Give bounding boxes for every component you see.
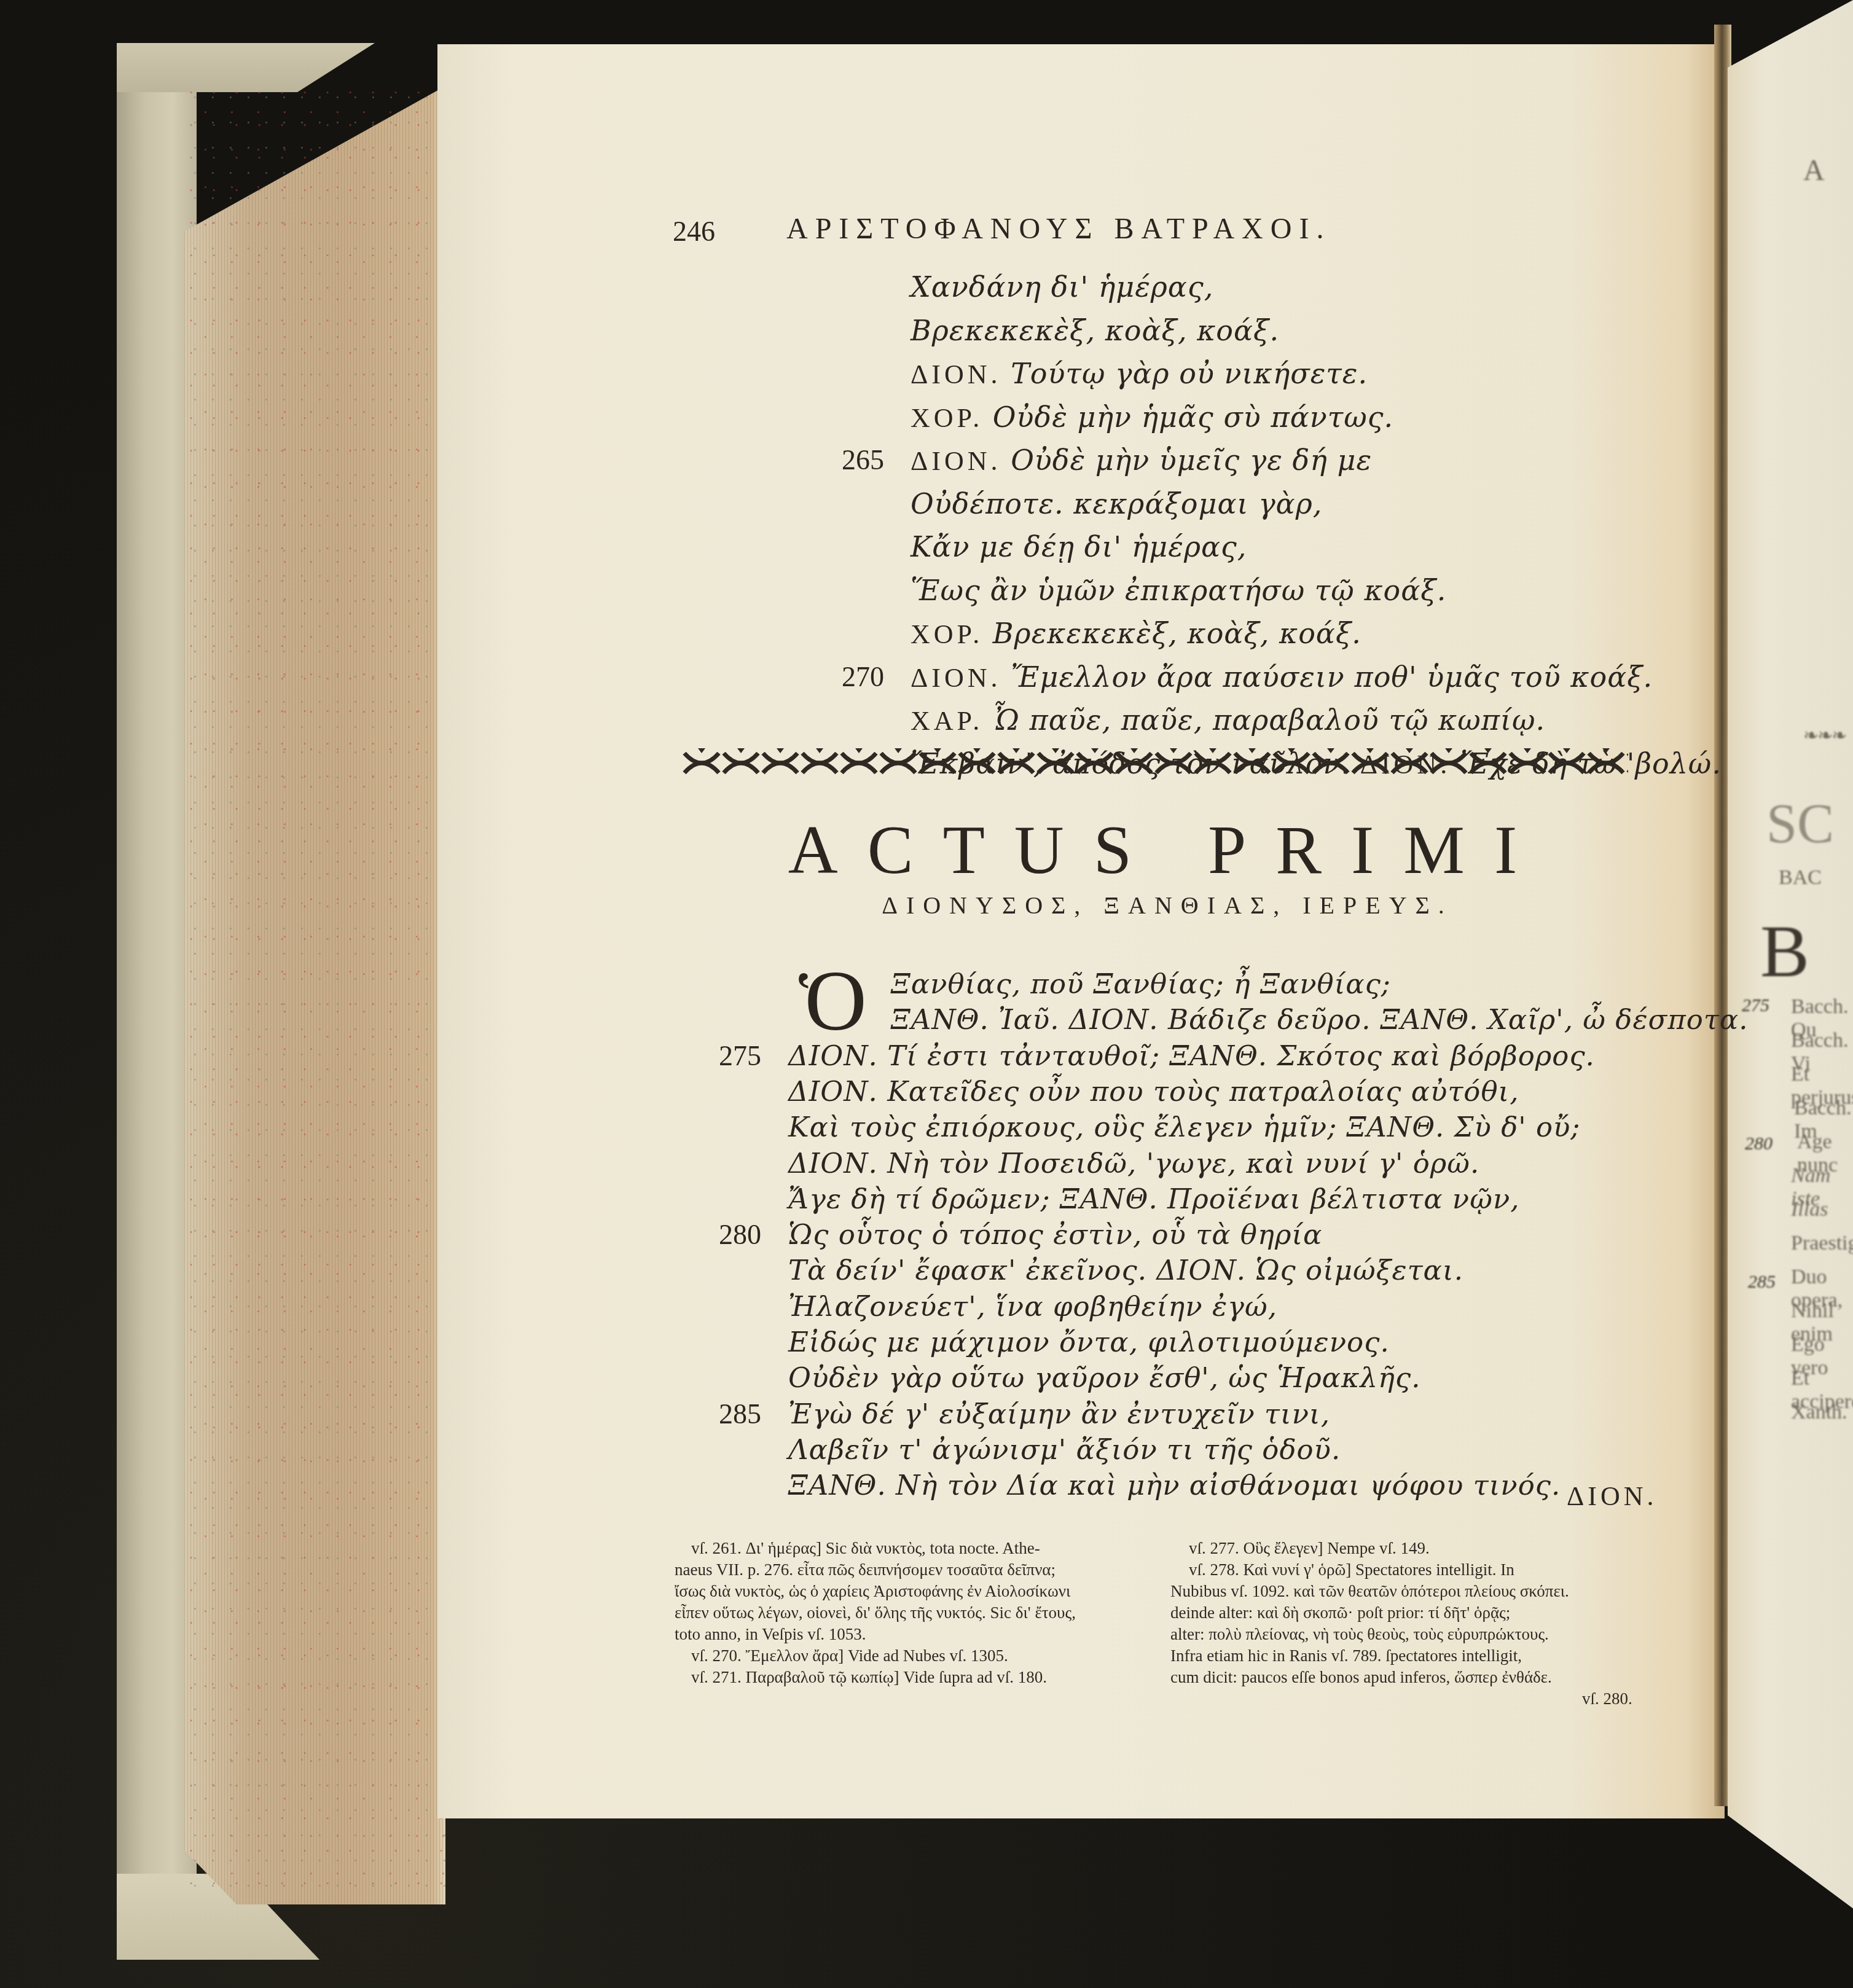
verse-line: Οὐδὲν γὰρ οὕτω γαῦρον ἔσθ', ὡς Ἡρακλῆς. <box>719 1361 1671 1398</box>
right-header-fragment: A <box>1803 154 1825 187</box>
running-head: ΑΡΙΣΤΟΦΑΝΟΥΣ ΒΑΤΡΑΧΟΙ. <box>786 212 1331 246</box>
verse-line: ΞΑΝΘ. Ἰαῦ. ΔΙΟΝ. Βάδιζε δεῦρο. ΞΑΝΘ. Χαῖ… <box>719 1003 1671 1040</box>
verse-line: ΧΑΡ. Ὦ παῦε, παῦε, παραβαλοῦ τῷ κωπίῳ. <box>842 703 1640 744</box>
verse-text: Ἕως ἂν ὑμῶν ἐπικρατήσω τῷ κοάξ. <box>911 574 1446 607</box>
speaker-label: ΧΟΡ. <box>911 619 983 649</box>
verse-text: Εἰδώς με μάχιμον ὄντα, φιλοτιμούμενος. <box>788 1326 1390 1358</box>
verse-text: Καὶ τοὺς ἐπιόρκους, οὓς ἔλεγεν ἡμῖν; ΞΑΝ… <box>788 1111 1581 1143</box>
verse-text: ΧΟΡ. Οὐδὲ μὴν ἡμᾶς σὺ πάντως. <box>911 401 1393 434</box>
verse-text: ΧΟΡ. Βρεκεκεκὲξ, κοὰξ, κοάξ. <box>911 617 1361 650</box>
right-persons-fragment: BAC <box>1779 866 1822 890</box>
line-number: 275 <box>719 1039 761 1072</box>
speaker-label: ΔΙΟΝ. <box>911 446 1001 476</box>
footnote-line: toto anno, in Veſpis vſ. 1053. <box>675 1624 866 1645</box>
verse-text: ΔΙΟΝ. Τί ἐστι τἀνταυθοῖ; ΞΑΝΘ. Σκότος κα… <box>788 1039 1595 1072</box>
verse-text: Ὡς οὗτος ὁ τόπος ἐστὶν, οὗ τὰ θηρία <box>788 1218 1322 1251</box>
verse-words: Οὐδὲ μὴν ὑμεῖς γε δή με <box>1011 444 1372 477</box>
verse-line: Ἕως ἂν ὑμῶν ἐπικρατήσω τῷ κοάξ. <box>842 574 1640 614</box>
footnote-line: alter: πολὺ πλείονας, νὴ τοὺς θεοὺς, τοὺ… <box>1170 1624 1549 1645</box>
verse-line: 275ΔΙΟΝ. Τί ἐστι τἀνταυθοῖ; ΞΑΝΘ. Σκότος… <box>719 1039 1671 1076</box>
verse-text: ΞΑΝΘ. Ἰαῦ. ΔΙΟΝ. Βάδιζε δεῦρο. ΞΑΝΘ. Χαῖ… <box>891 1003 1749 1036</box>
right-line-fragment: Praestigias <box>1791 1232 1853 1255</box>
footnote-line: εἶπεν οὕτως λέγων, οἱονεὶ, δι' ὅλης τῆς … <box>675 1602 1076 1623</box>
verse-words: Οὐδέποτε. κεκράξομαι γὰρ, <box>911 487 1322 520</box>
verse-text: ΧΑΡ. Ὦ παῦε, παῦε, παραβαλοῦ τῷ κωπίῳ. <box>911 703 1545 737</box>
line-number: 285 <box>719 1398 761 1430</box>
right-line-fragment: Illas <box>1791 1198 1828 1221</box>
verse-line: ΧΟΡ. Βρεκεκεκὲξ, κοὰξ, κοάξ. <box>842 617 1640 657</box>
verse-line: Οὐδέποτε. κεκράξομαι γὰρ, <box>842 487 1640 528</box>
right-line-fragment: Xanth. <box>1791 1401 1847 1424</box>
footnote-line: vſ. 277. Οὓς ἔλεγεν] Nempe vſ. 149. <box>1189 1538 1430 1559</box>
footnote-line: vſ. 278. Καὶ νυνί γ' ὁρῶ] Spectatores in… <box>1189 1559 1514 1580</box>
right-line-number: 280 <box>1745 1133 1773 1154</box>
verse-text: ΔΙΟΝ. Ἔμελλον ἄρα παύσειν ποθ' ὑμᾶς τοῦ … <box>911 660 1653 694</box>
verse-text: ΔΙΟΝ. Οὐδὲ μὴν ὑμεῖς γε δή με <box>911 444 1372 477</box>
catchword: ΔΙΟΝ. <box>1567 1481 1658 1512</box>
verse-text: Οὐδέποτε. κεκράξομαι γὰρ, <box>911 487 1322 520</box>
verse-line: Ἄγε δὴ τί δρῶμεν; ΞΑΝΘ. Προϊέναι βέλτιστ… <box>719 1183 1671 1219</box>
line-number: 265 <box>842 444 884 476</box>
verse-line: Ἠλαζονεύετ', ἵνα φοβηθείην ἐγώ, <box>719 1290 1671 1327</box>
dramatis-personae: ΔΙΟΝΥΣΟΣ, ΞΑΝΘΙΑΣ, ΙΕΡΕΥΣ. <box>700 891 1634 920</box>
ornamental-rule <box>682 745 1628 781</box>
footnote-line: vſ. 261. Δι' ἡμέρας] Sic διὰ νυκτὸς, tot… <box>691 1538 1040 1559</box>
verse-text: ΞΑΝΘ. Νὴ τὸν Δία καὶ μὴν αἰσθάνομαι ψόφο… <box>788 1469 1561 1501</box>
footnote-line: deinde alter: καὶ δὴ σκοπῶ· poſt prior: … <box>1170 1602 1510 1623</box>
verse-words: Ἔμελλον ἄρα παύσειν ποθ' ὑμᾶς τοῦ κοάξ. <box>1011 660 1653 694</box>
verse-text: ΔΙΟΝ. Κατεῖδες οὖν που τοὺς πατραλοίας α… <box>788 1075 1519 1108</box>
footnote-line: vſ. 270. Ἔμελλον ἄρα] Vide ad Nubes vſ. … <box>691 1645 1008 1666</box>
verse-line: ΧΟΡ. Οὐδὲ μὴν ἡμᾶς σὺ πάντως. <box>842 401 1640 441</box>
verse-line: Καὶ τοὺς ἐπιόρκους, οὓς ἔλεγεν ἡμῖν; ΞΑΝ… <box>719 1111 1671 1148</box>
verse-words: Χανδάνη δι' ἡμέρας, <box>911 270 1213 303</box>
verse-words: Οὐδὲ μὴν ἡμᾶς σὺ πάντως. <box>993 401 1393 434</box>
verse-line: ΔΙΟΝ. Νὴ τὸν Ποσειδῶ, 'γωγε, καὶ νυνί γ'… <box>719 1147 1671 1184</box>
speaker-label: ΔΙΟΝ. <box>911 663 1001 693</box>
verse-line: 285Ἐγὼ δέ γ' εὐξαίμην ἂν ἐντυχεῖν τινι, <box>719 1398 1671 1434</box>
verse-line: Ξανθίας, ποῦ Ξανθίας; ἦ Ξανθίας; <box>719 968 1671 1004</box>
verse-words: Ὦ παῦε, παῦε, παραβαλοῦ τῷ κωπίῳ. <box>993 703 1545 737</box>
verse-line: Βρεκεκεκὲξ, κοὰξ, κοάξ. <box>842 314 1640 354</box>
verse-text: Λαβεῖν τ' ἀγώνισμ' ἄξιόν τι τῆς ὁδοῦ. <box>788 1433 1341 1466</box>
verse-line: Τὰ δείν' ἔφασκ' ἐκεῖνος. ΔΙΟΝ. Ὡς οἰμώξε… <box>719 1254 1671 1291</box>
verse-line: Χανδάνη δι' ἡμέρας, <box>842 270 1640 311</box>
verse-text: ΔΙΟΝ. Τούτῳ γὰρ οὐ νικήσετε. <box>911 357 1368 390</box>
verse-text: Ξανθίας, ποῦ Ξανθίας; ἦ Ξανθίας; <box>891 968 1391 1000</box>
verse-text: Βρεκεκεκὲξ, κοὰξ, κοάξ. <box>911 314 1279 347</box>
line-number: 270 <box>842 660 884 693</box>
verse-text: ΔΙΟΝ. Νὴ τὸν Ποσειδῶ, 'γωγε, καὶ νυνί γ'… <box>788 1147 1479 1180</box>
footnote-line: cum dicit: paucos eſſe bonos apud infero… <box>1170 1667 1552 1688</box>
verse-text: Ἐγὼ δέ γ' εὐξαίμην ἂν ἐντυχεῖν τινι, <box>788 1398 1330 1430</box>
speaker-label: ΧΟΡ. <box>911 403 983 433</box>
footnote-line: vſ. 271. Παραβαλοῦ τῷ κωπίῳ] Vide ſupra … <box>691 1667 1047 1688</box>
line-number: 280 <box>719 1218 761 1251</box>
speaker-label: ΔΙΟΝ. <box>911 359 1001 389</box>
right-title-fragment: SC <box>1766 792 1834 856</box>
verse-text: Ἠλαζονεύετ', ἵνα φοβηθείην ἐγώ, <box>788 1290 1277 1323</box>
footnote-line: ἴσως διὰ νυκτὸς, ὡς ὁ χαρίεις Ἀριστοφάνη… <box>675 1581 1070 1602</box>
verse-text: Κἄν με δέῃ δι' ἡμέρας, <box>911 530 1247 563</box>
act-title: ACTUS PRIMI <box>700 811 1634 890</box>
verse-words: Τούτῳ γὰρ οὐ νικήσετε. <box>1011 357 1368 390</box>
footnote-line: naeus VII. p. 276. εἶτα πῶς δειπνήσομεν … <box>675 1559 1056 1580</box>
page-number: 246 <box>673 215 715 248</box>
verse-text: Ἄγε δὴ τί δρῶμεν; ΞΑΝΘ. Προϊέναι βέλτιστ… <box>788 1183 1520 1215</box>
verse-words: Βρεκεκεκὲξ, κοὰξ, κοάξ. <box>911 314 1279 347</box>
verse-line: Εἰδώς με μάχιμον ὄντα, φιλοτιμούμενος. <box>719 1326 1671 1363</box>
verse-line: 270ΔΙΟΝ. Ἔμελλον ἄρα παύσειν ποθ' ὑμᾶς τ… <box>842 660 1640 701</box>
right-page-text: A SC BAC B 275 280 285 Bacch. Qu Bacch. … <box>1742 0 1853 1988</box>
verse-text: Χανδάνη δι' ἡμέρας, <box>911 270 1213 303</box>
verse-line: Λαβεῖν τ' ἀγώνισμ' ἄξιόν τι τῆς ὁδοῦ. <box>719 1433 1671 1470</box>
verse-words: Κἄν με δέῃ δι' ἡμέρας, <box>911 530 1247 563</box>
verse-line: 265ΔΙΟΝ. Οὐδὲ μὴν ὑμεῖς γε δή με <box>842 444 1640 484</box>
footnote-line: vſ. 280. <box>1582 1688 1632 1709</box>
speaker-label: ΧΑΡ. <box>911 706 983 736</box>
footnote-line: Nubibus vſ. 1092. καὶ τῶν θεατῶν ὁπότερο… <box>1170 1581 1569 1602</box>
right-line-number: 285 <box>1748 1272 1776 1293</box>
verse-words: Ἕως ἂν ὑμῶν ἐπικρατήσω τῷ κοάξ. <box>911 574 1446 607</box>
footnote-line: Infra etiam hic in Ranis vſ. 789. ſpecta… <box>1170 1645 1522 1666</box>
verse-line: ΞΑΝΘ. Νὴ τὸν Δία καὶ μὴν αἰσθάνομαι ψόφο… <box>719 1469 1671 1506</box>
verse-line: Κἄν με δέῃ δι' ἡμέρας, <box>842 530 1640 571</box>
verse-line: 280Ὡς οὗτος ὁ τόπος ἐστὶν, οὗ τὰ θηρία <box>719 1218 1671 1255</box>
sprinkled-edge-speckle <box>184 86 445 1904</box>
verse-line: ΔΙΟΝ. Κατεῖδες οὖν που τοὺς πατραλοίας α… <box>719 1075 1671 1112</box>
verse-words: Βρεκεκεκὲξ, κοὰξ, κοάξ. <box>993 617 1361 650</box>
right-ornament: ❧❧❧ <box>1803 725 1846 746</box>
verse-text: Τὰ δείν' ἔφασκ' ἐκεῖνος. ΔΙΟΝ. Ὡς οἰμώξε… <box>788 1254 1463 1286</box>
verse-line: ΔΙΟΝ. Τούτῳ γὰρ οὐ νικήσετε. <box>842 357 1640 397</box>
verse-text: Οὐδὲν γὰρ οὕτω γαῦρον ἔσθ', ὡς Ἡρακλῆς. <box>788 1361 1421 1394</box>
right-drop-cap: B <box>1760 909 1809 994</box>
